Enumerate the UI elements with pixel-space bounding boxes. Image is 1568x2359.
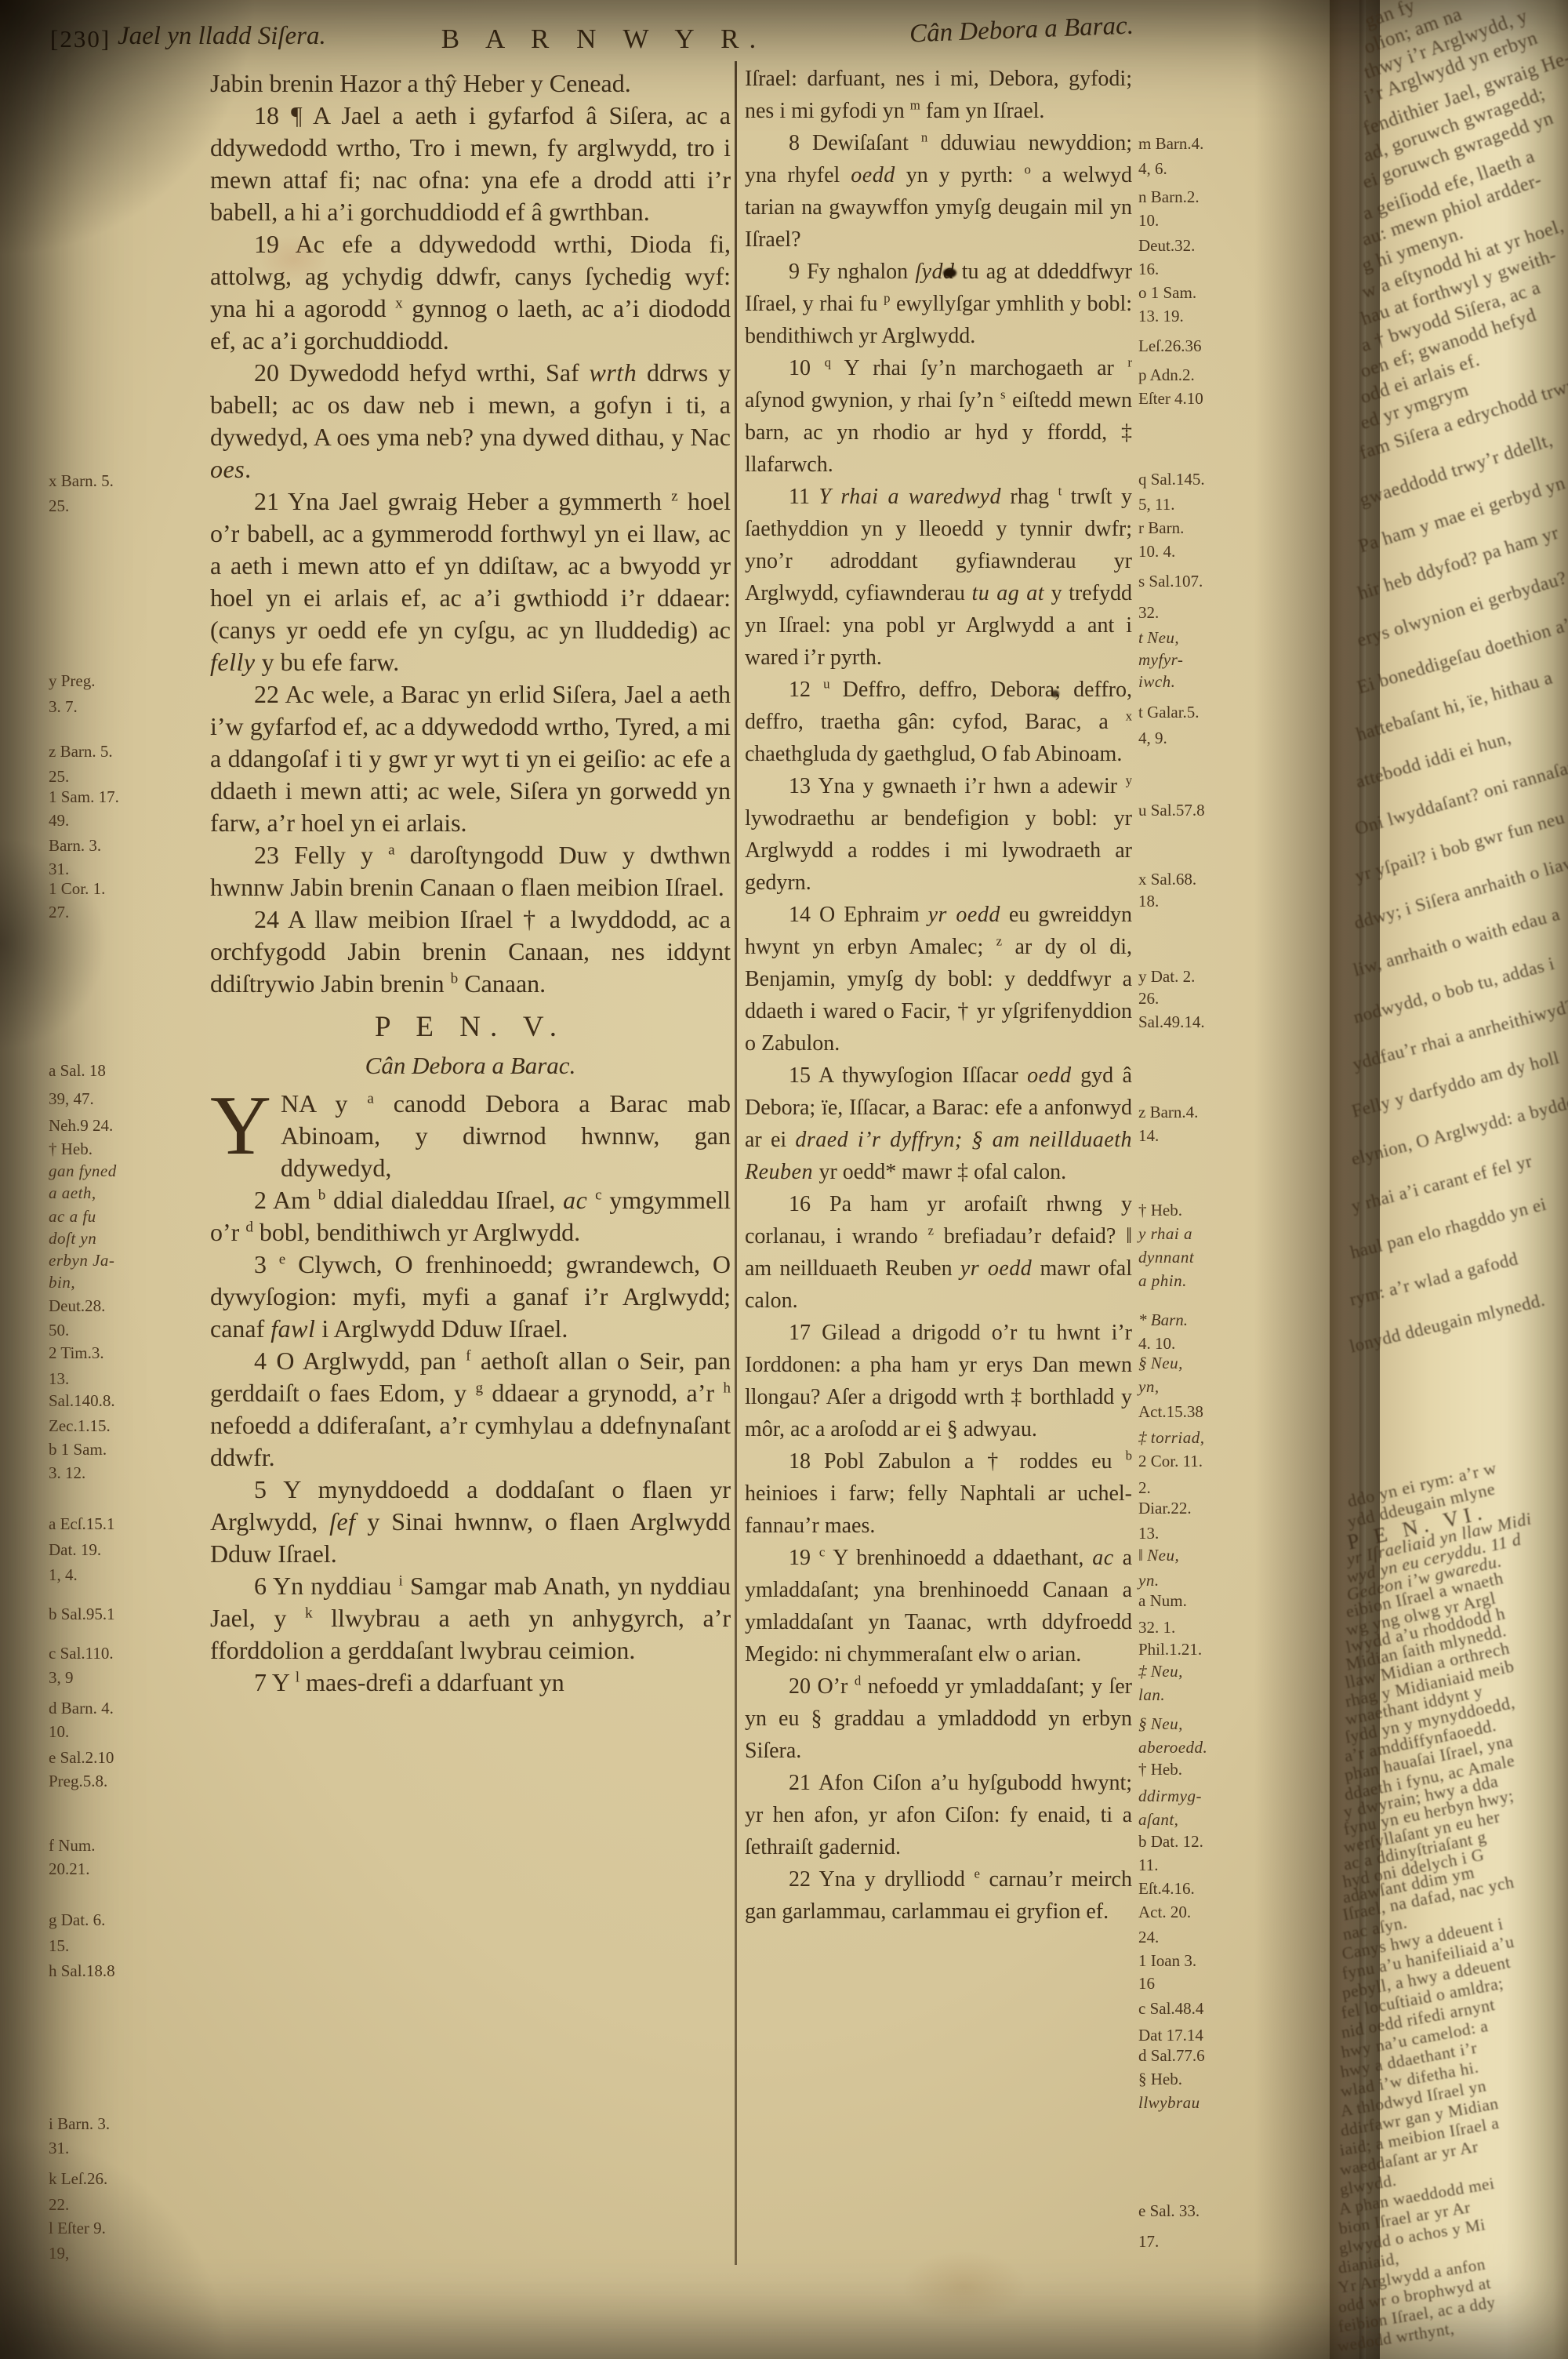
margin-note-left: Neh.9 24. [49,1115,113,1136]
margin-note-left: 39, 47. [49,1089,94,1109]
margin-note-right: Dat 17.14 [1138,2025,1203,2045]
folio-number: [230] [50,25,111,53]
margin-note-left: 3. 12. [49,1463,85,1483]
margin-note-right: 5, 11. [1138,494,1174,514]
margin-note-left: doſt yn [49,1228,96,1249]
verse-paragraph: 2 Am b ddial dialeddau Iſrael, ac c ymgy… [210,1184,731,1249]
margin-note-right: 17. [1138,2231,1159,2252]
margin-note-right: Diar.22. [1138,1498,1192,1518]
margin-note-left: y Preg. [49,671,96,691]
margin-note-left: Dat. 19. [49,1539,101,1560]
margin-note-right: ‡ Neu, [1138,1661,1183,1681]
margin-note-right: 26. [1138,988,1159,1009]
verse-paragraph: 21 Yna Jael gwraig Heber a gymmerth z ho… [210,485,731,678]
running-head-left: Jael yn lladd Siſera. [118,22,326,51]
margin-note-left: 50. [49,1320,69,1340]
margin-note-right: iwch. [1138,671,1175,692]
margin-note-right: ‡ torriad, [1138,1427,1205,1448]
margin-note-left: 13. [49,1369,69,1389]
margin-note-right: Phil.1.21. [1138,1639,1202,1659]
text-column-left: Jabin brenin Hazor a thŷ Heber y Cenead.… [210,67,731,1699]
margin-note-right: 13. 19. [1138,306,1184,326]
verse-paragraph: 22 Yna y drylliodd e carnau’r meirch gan… [745,1863,1132,1928]
margin-note-left: b 1 Sam. [49,1439,107,1459]
margin-note-right: 14. [1138,1125,1159,1146]
margin-note-right: y Dat. 2. [1138,966,1195,987]
margin-note-left: i Barn. 3. [49,2114,110,2134]
margin-note-right: myfyr- [1138,649,1183,670]
verse-paragraph: 19 Ac efe a ddywedodd wrthi, Dioda fi, a… [210,228,731,357]
margin-note-right: Leſ.26.36 [1138,336,1201,356]
margin-note-left: gan fyned [49,1161,117,1181]
verse-paragraph: 17 Gilead a drigodd o’r tu hwnt i’r Iord… [745,1317,1132,1445]
verse-paragraph: 8 Dewiſaſant n dduwiau newyddion; yna rh… [745,127,1132,256]
margin-note-left: 25. [49,496,69,516]
margin-note-left: e Sal.2.10 [49,1747,114,1768]
margin-note-left: 15. [49,1936,69,1956]
margin-note-right: m Barn.4. [1138,133,1203,154]
margin-note-right: t Galar.5. [1138,702,1200,722]
margin-note-left: 2 Tim.3. [49,1343,104,1363]
margin-note-right: r Barn. [1138,518,1184,538]
margin-note-left: c Sal.110. [49,1643,114,1663]
margin-note-right: Eſt.4.16. [1138,1878,1195,1899]
margin-note-left: Preg.5.8. [49,1771,107,1791]
margin-note-right: q Sal.145. [1138,469,1205,489]
margin-note-left: Deut.28. [49,1296,105,1316]
verse-paragraph: 5 Y mynyddoedd a doddaſant o flaen yr Ar… [210,1474,731,1570]
ink-blot [943,268,956,278]
margin-note-left: a Ecſ.15.1 [49,1514,115,1534]
verse-paragraph: 13 Yna y gwnaeth i’r hwn a adewir y lywo… [745,770,1132,899]
margin-note-right: o 1 Sam. [1138,282,1196,303]
book-title: B A R N W Y R. [439,24,768,55]
margin-note-right: aberoedd. [1138,1737,1207,1757]
verse-paragraph: 24 A llaw meibion Iſrael † a lwyddodd, a… [210,903,731,1000]
margin-note-right: † Heb. [1138,1200,1182,1220]
margin-note-right: yn. [1138,1570,1160,1590]
margin-note-left: 31. [49,2138,69,2158]
margin-note-left: z Barn. 5. [49,741,113,761]
verse-paragraph: 4 O Arglwydd, pan f aethoſt allan o Seir… [210,1345,731,1474]
margin-note-right: b Dat. 12. [1138,1831,1203,1852]
margin-note-right: 1 Ioan 3. [1138,1950,1196,1971]
margin-note-left: k Leſ.26. [49,2168,107,2189]
verse-paragraph: 15 A thywyſogion Iſſacar oedd gyd â Debo… [745,1060,1132,1188]
verse-paragraph: 23 Felly y a daroſtyngodd Duw y dwthwn h… [210,839,731,903]
margin-note-right: 2 Cor. 11. [1138,1451,1203,1471]
verse-paragraph: 19 c Y brenhinoedd a ddaethant, ac a yml… [745,1542,1132,1670]
margin-note-right: Eſter 4.10 [1138,388,1203,409]
margin-note-right: 10. 4. [1138,541,1175,562]
margin-note-right: a Num. [1138,1590,1187,1611]
margin-note-left: Barn. 3. [49,835,101,856]
margin-note-right: 16. [1138,259,1159,279]
margin-note-right: 24. [1138,1927,1159,1947]
margin-note-left: 1 Sam. 17. [49,787,119,807]
margin-note-right: 16 [1138,1973,1155,1994]
margin-note-right: 10. [1138,210,1159,231]
margin-note-left: l Eſter 9. [49,2218,106,2238]
margin-note-right: § Neu, [1138,1714,1183,1734]
margin-note-left: 1 Cor. 1. [49,878,105,899]
verse-paragraph: 11 Y rhai a waredwyd rhag t trwſt y ſaet… [745,481,1132,674]
scanned-bible-page-photo: [230] Jael yn lladd Siſera. B A R N W Y … [0,0,1568,2359]
margin-note-left: 20.21. [49,1859,90,1879]
margin-note-right: d Sal.77.6 [1138,2045,1205,2066]
margin-note-left: 1, 4. [49,1565,78,1585]
margin-note-left: 22. [49,2194,69,2215]
verse-paragraph: Iſrael: darfuant, nes i mi, Debora, gyfo… [745,63,1132,127]
margin-note-right: ddirmyg- [1138,1786,1202,1806]
margin-note-left: 3. 7. [49,696,78,717]
verse-paragraph: 16 Pa ham yr arofaiſt rhwng y corlanau, … [745,1188,1132,1317]
margin-note-right: 13. [1138,1523,1159,1543]
margin-note-left: bin, [49,1272,75,1292]
margin-note-right: 4. 10. [1138,1333,1175,1354]
verse-paragraph: 21 Afon Ciſon a’u hyſgubodd hwynt; yr he… [745,1767,1132,1863]
margin-note-right: y rhai a [1138,1223,1192,1244]
column-divider-rule [735,61,737,2265]
margin-note-left: ac a fu [49,1206,96,1227]
margin-note-left: 25. [49,766,69,787]
margin-note-left: erbyn Ja- [49,1250,114,1270]
margin-note-right: 2. [1138,1478,1151,1498]
margin-note-left: a aeth, [49,1183,96,1203]
verse-paragraph: Jabin brenin Hazor a thŷ Heber y Cenead. [210,67,731,100]
margin-note-right: dynnant [1138,1247,1194,1267]
margin-note-right: z Barn.4. [1138,1102,1198,1122]
margin-note-right: * Barn. [1138,1310,1188,1330]
margin-note-left: a Sal. 18 [49,1060,106,1081]
margin-note-right: † Heb. [1138,1759,1182,1779]
margin-note-right: c Sal.48.4 [1138,1998,1203,2019]
margin-note-right: lan. [1138,1685,1165,1705]
chapter-subtitle: Cân Debora a Barac. [210,1049,731,1083]
chapter-heading: P E N. V. [210,1009,731,1045]
margin-note-left: 19, [49,2243,69,2263]
margin-note-left: x Barn. 5. [49,471,114,491]
verse-paragraph: 10 q Y rhai ſy’n marchogaeth ar r aſynod… [745,352,1132,481]
margin-note-right: Sal.49.14. [1138,1012,1205,1032]
margin-note-right: 11. [1138,1855,1158,1875]
margin-note-right: a phin. [1138,1270,1187,1291]
margin-note-left: Zec.1.15. [49,1416,111,1436]
verse-paragraph: 9 Fy nghalon ſydd tu ag at ddeddfwyr Iſr… [745,256,1132,352]
margin-note-right: p Adn.2. [1138,365,1195,385]
verse-paragraph: 22 Ac wele, a Barac yn erlid Siſera, Jae… [210,678,731,839]
verse-paragraph: 18 Pobl Zabulon a † roddes eu b heinioes… [745,1445,1132,1542]
margin-note-right: x Sal.68. [1138,869,1196,889]
verse-paragraph: 18 ¶ A Jael a aeth i gyfarfod â Siſera, … [210,100,731,228]
verse-paragraph: 14 O Ephraim yr oedd eu gwreiddyn hwynt … [745,899,1132,1060]
margin-note-left: 3, 9 [49,1667,74,1688]
ink-blot [1051,690,1059,697]
verse-paragraph: YNA y a canodd Debora a Barac mab Abinoa… [210,1088,731,1184]
margin-note-right: 32. [1138,602,1159,623]
text-column-right: Iſrael: darfuant, nes i mi, Debora, gyfo… [745,63,1132,1928]
verse-paragraph: 3 e Clywch, O frenhinoedd; gwrandewch, O… [210,1249,731,1345]
margin-note-right: s Sal.107. [1138,571,1203,591]
margin-note-left: 49. [49,810,69,831]
margin-note-right: t Neu, [1138,627,1179,648]
margin-note-right: Act.15.38 [1138,1401,1203,1422]
margin-note-left: 27. [49,902,69,922]
margin-note-right: 32. 1. [1138,1617,1175,1637]
verse-paragraph: 20 Dywedodd hefyd wrthi, Saf wrth ddrws … [210,357,731,485]
margin-note-right: Act. 20. [1138,1902,1191,1922]
margin-note-right: ǁ Neu, [1138,1545,1179,1565]
running-header: [230] Jael yn lladd Siſera. B A R N W Y … [0,20,1380,67]
margin-note-right: n Barn.2. [1138,187,1200,207]
margin-note-right: 18. [1138,891,1159,911]
verse-paragraph: 12 u Deffro, deffro, Debora; deffro, def… [745,674,1132,770]
margin-note-left: 31. [49,859,69,879]
verse-paragraph: 7 Y l maes-drefi a ddarfuant yn [210,1667,731,1699]
verse-paragraph: 20 O’r d nefoedd yr ymladdaſant; y ſer y… [745,1670,1132,1767]
margin-note-right: § Neu, [1138,1353,1183,1373]
margin-note-left: Sal.140.8. [49,1390,115,1411]
margin-note-left: 10. [49,1721,69,1742]
margin-note-right: aſant, [1138,1809,1178,1830]
margin-note-right: 4, 6. [1138,158,1167,179]
margin-note-left: b Sal.95.1 [49,1604,115,1624]
margin-note-left: f Num. [49,1835,96,1856]
drop-cap-initial: Y [210,1088,281,1158]
margin-note-right: § Heb. [1138,2069,1182,2089]
margin-note-right: yn, [1138,1376,1160,1397]
margin-note-left: g Dat. 6. [49,1910,105,1930]
margin-note-left: d Barn. 4. [49,1698,114,1718]
verse-paragraph: 6 Yn nyddiau i Samgar mab Anath, yn nydd… [210,1570,731,1667]
margin-note-right: e Sal. 33. [1138,2201,1200,2221]
margin-note-left: † Heb. [49,1139,93,1159]
margin-note-right: Deut.32. [1138,235,1195,256]
margin-note-right: 4, 9. [1138,728,1167,748]
margin-note-left: h Sal.18.8 [49,1961,115,1981]
margin-note-right: u Sal.57.8 [1138,800,1205,820]
margin-note-right: llwybrau [1138,2092,1200,2113]
